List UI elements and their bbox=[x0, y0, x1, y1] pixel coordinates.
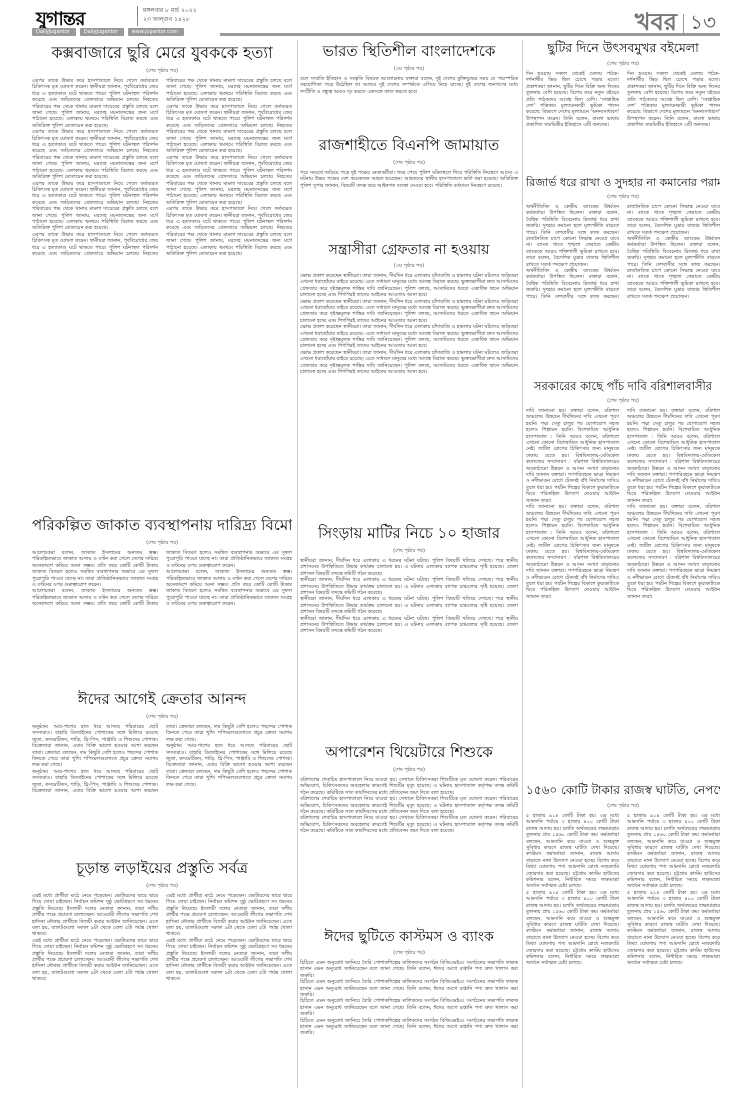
headline: ঈদের আগেই ক্রেতার আনন্দ bbox=[32, 688, 292, 713]
article-eid-buyers: ঈদের আগেই ক্রেতার আনন্দ (শেষ পৃষ্ঠার পর)… bbox=[32, 688, 292, 853]
left-column: কক্সবাজারে ছুরি মেরে যুবককে হত্যা (শেষ প… bbox=[32, 40, 292, 1090]
continued-label: (শেষ পৃষ্ঠার পর) bbox=[300, 160, 518, 168]
article-rajshahi: রাজশাহীতে বিএনপি জামায়াত (শেষ পৃষ্ঠার প… bbox=[300, 134, 518, 234]
continued-label: (শেষ পৃষ্ঠার পর) bbox=[300, 950, 518, 958]
continued-label: (শেষ পৃষ্ঠার পর) bbox=[32, 540, 292, 548]
article-final-fight: চূড়ান্ত লড়াইয়ের প্রস্তুতি সর্বত্র (শে… bbox=[32, 857, 292, 1082]
article-operation-theatre: অপারেশন থিয়েটারে শিশুকে (শেষ পৃষ্ঠার পর… bbox=[300, 741, 518, 921]
article-body: চিঠিতে এমন অনুরোধ জানিয়ে তৈরি পোশাকশিল্… bbox=[300, 960, 518, 1037]
article-body: ৫ হাজার ৯১৪ কোটি টাকা হয়। এর মধ্যে আমদা… bbox=[526, 813, 720, 1090]
website-link[interactable]: www.jugantor.com bbox=[128, 28, 184, 36]
article-revenue: ১৫৬০ কোটি টাকার রাজস্ব ঘাটতি, নেপথ্যে (শ… bbox=[526, 782, 720, 1090]
headline: ১৫৬০ কোটি টাকার রাজস্ব ঘাটতি, নেপথ্যে bbox=[526, 782, 720, 802]
headline: ঈদের ছুটিতে কাস্টমস ও ব্যাংক bbox=[300, 925, 518, 949]
article-terrorists: সন্ত্রাসীরা গ্রেফতার না হওয়ায় (৩য় পৃষ… bbox=[300, 238, 518, 518]
article-body: ক্ষোভ প্রকাশ করেছেন স্থানীয়রা। তারা জান… bbox=[300, 273, 518, 376]
continued-label: (শেষ পৃষ্ঠার পর) bbox=[300, 767, 518, 775]
headline: পরিকল্পিত জাকাত ব্যবস্থাপনায় দারিদ্র্য … bbox=[32, 514, 292, 539]
article-body: বরিশালের শেবাচিম হাসপাতালে নিয়ে যাওয়া … bbox=[300, 777, 518, 835]
article-coxsbazar: কক্সবাজারে ছুরি মেরে যুবককে হত্যা (শেষ প… bbox=[32, 40, 292, 510]
section-name: খবর bbox=[635, 4, 677, 44]
date-english: মঙ্গলবার ৮ মার্চ ২০২২ bbox=[143, 6, 197, 15]
column-divider bbox=[522, 40, 523, 1088]
headline: কক্সবাজারে ছুরি মেরে যুবককে হত্যা bbox=[32, 40, 292, 67]
continued-label: (শেষ পৃষ্ঠার পর) bbox=[32, 883, 292, 891]
continued-label: (শেষ পৃষ্ঠার পর) bbox=[300, 548, 518, 556]
middle-column: ভারত স্থিতিশীল বাংলাদেশকে (৩য় পৃষ্ঠার প… bbox=[300, 40, 518, 1090]
headline: ভারত স্থিতিশীল বাংলাদেশকে bbox=[300, 40, 518, 65]
section-label: খবর ১৩ bbox=[635, 4, 716, 44]
continued-label: (৩য় পৃষ্ঠার পর) bbox=[300, 66, 518, 74]
social-links: DailyJugantor DailyJugantor www.jugantor… bbox=[32, 28, 184, 36]
continued-label: (শেষ পৃষ্ঠার পর) bbox=[526, 398, 720, 406]
article-boimela: ছুটির দিনে উৎসবমুখর বইমেলা (শেষ পৃষ্ঠার … bbox=[526, 40, 720, 170]
masthead: যুগান্তর মঙ্গলবার ৮ মার্চ ২০২২ ২৩ ফাল্গু… bbox=[0, 0, 756, 36]
article-body: বলে সম্প্রতি ইতিহাস ও সংস্কৃতি বিষয়ক আল… bbox=[300, 76, 518, 95]
date-bengali: ২৩ ফাল্গুন ১৪২৮ bbox=[143, 15, 197, 24]
continued-label: (শেষ পৃষ্ঠার পর) bbox=[32, 714, 292, 722]
twitter-link[interactable]: DailyJugantor bbox=[32, 28, 76, 36]
article-body: পরে সংঘর্ষে জড়িয়ে পড়ে দুই পক্ষের নেতা… bbox=[300, 170, 518, 189]
headline: চূড়ান্ত লড়াইয়ের প্রস্তুতি সর্বত্র bbox=[32, 857, 292, 882]
article-barisal: সরকারের কাছে পাঁচ দাবি বরিশালবাসীর (শেষ … bbox=[526, 378, 720, 778]
article-body: দিন হওয়ায় সকাল থেকেই মেলায় পাঠক-দর্শন… bbox=[526, 71, 720, 170]
headline: রাজশাহীতে বিএনপি জামায়াত bbox=[300, 134, 518, 159]
continued-label: (শেষ পৃষ্ঠার পর) bbox=[32, 68, 292, 76]
headline: সিংড়ায় মাটির নিচে ১০ হাজার bbox=[300, 522, 518, 547]
headline: ছুটির দিনে উৎসবমুখর বইমেলা bbox=[526, 40, 720, 60]
article-body: এরই মধ্যে প্রার্থীরা মাঠে নেমে পড়েছেন। … bbox=[32, 893, 292, 1082]
article-body: অর্থনীতিবিদ ও কেন্দ্রীয় ব্যাংকের উর্ধ্ব… bbox=[526, 204, 720, 374]
article-eid-holiday: ঈদের ছুটিতে কাস্টমস ও ব্যাংক (শেষ পৃষ্ঠা… bbox=[300, 925, 518, 1090]
continued-label: (শেষ পৃষ্ঠার পর) bbox=[526, 803, 720, 811]
article-india: ভারত স্থিতিশীল বাংলাদেশকে (৩য় পৃষ্ঠার প… bbox=[300, 40, 518, 130]
headline: অপারেশন থিয়েটারে শিশুকে bbox=[300, 741, 518, 766]
issue-dates: মঙ্গলবার ৮ মার্চ ২০২২ ২৩ ফাল্গুন ১৪২৮ bbox=[143, 6, 197, 24]
headline: সন্ত্রাসীরা গ্রেফতার না হওয়ায় bbox=[300, 238, 518, 262]
section-divider bbox=[683, 14, 684, 34]
header-rule bbox=[220, 33, 720, 36]
article-body: স্থানীয়রা জানান, দীর্ঘদিন ধরে এলাকায় এ… bbox=[300, 558, 518, 635]
continued-label: (৩য় পৃষ্ঠার পর) bbox=[300, 263, 518, 271]
article-singra: সিংড়ায় মাটির নিচে ১০ হাজার (শেষ পৃষ্ঠা… bbox=[300, 522, 518, 737]
headline: রিজার্ভ ধরে রাখা ও সুদহার না কমানোর পরাম… bbox=[526, 174, 720, 193]
continued-label: (শেষ পৃষ্ঠার পর) bbox=[526, 194, 720, 202]
column-divider bbox=[297, 40, 298, 1088]
article-reserve: রিজার্ভ ধরে রাখা ও সুদহার না কমানোর পরাম… bbox=[526, 174, 720, 374]
headline: সরকারের কাছে পাঁচ দাবি বরিশালবাসীর bbox=[526, 378, 720, 397]
facebook-link[interactable]: DailyJugantor bbox=[80, 28, 124, 36]
continued-label: (শেষ পৃষ্ঠার পর) bbox=[526, 61, 720, 69]
article-body: অনুষ্ঠান। আর-পাশের হাত ধরে আসছে পরিবারের… bbox=[32, 724, 292, 853]
article-body: দাবি জানানো হয়। বক্তারা বলেন, বরিশাল অঞ… bbox=[526, 408, 720, 778]
article-zakat: পরিকল্পিত জাকাত ব্যবস্থাপনায় দারিদ্র্য … bbox=[32, 514, 292, 684]
masthead-divider bbox=[137, 6, 138, 26]
article-body: আলোচকরা বলেন, জাকাত ইসলামের অন্যতম স্তম্… bbox=[32, 550, 292, 684]
article-body: এরপর তাকে উদ্ধার করে হাসপাতালে নিয়ে গেল… bbox=[32, 78, 292, 510]
right-column: ছুটির দিনে উৎসবমুখর বইমেলা (শেষ পৃষ্ঠার … bbox=[526, 40, 720, 1090]
